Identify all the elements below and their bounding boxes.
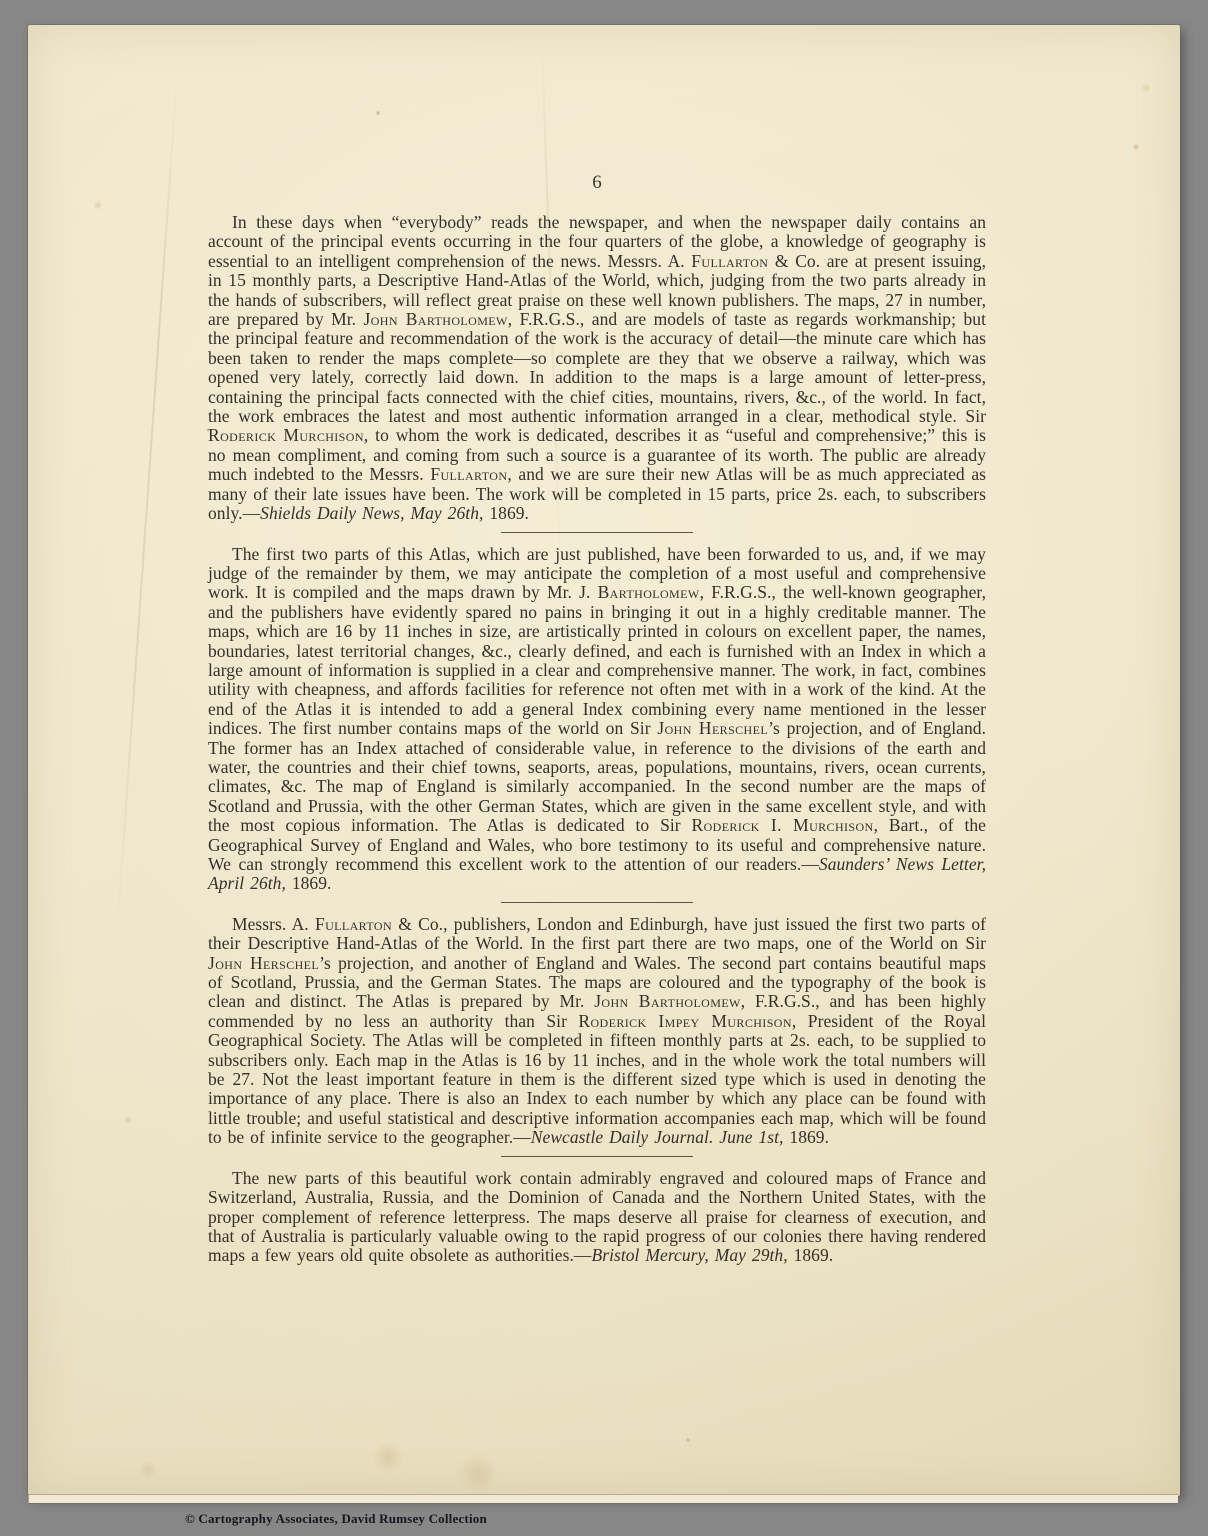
paragraph-separator: [501, 1156, 693, 1157]
paragraph-separator: [501, 532, 693, 533]
review-paragraph: The new parts of this beautiful work con…: [208, 1169, 986, 1266]
paragraph-separator: [501, 902, 693, 903]
page-text: 6 In these days when “everybody” reads t…: [208, 25, 986, 1266]
scan-background: { "page": { "number": "6", "credit": "© …: [0, 0, 1208, 1536]
page-number: 6: [208, 172, 986, 194]
review-paragraph: In these days when “everybody” reads the…: [208, 213, 986, 524]
document-page: 6 In these days when “everybody” reads t…: [28, 25, 1180, 1496]
review-paragraph: Messrs. A. Fullarton & Co., publishers, …: [208, 915, 986, 1148]
collection-credit: © Cartography Associates, David Rumsey C…: [185, 1511, 487, 1527]
paper-crease: [115, 66, 178, 944]
review-paragraph: The first two parts of this Atlas, which…: [208, 545, 986, 894]
